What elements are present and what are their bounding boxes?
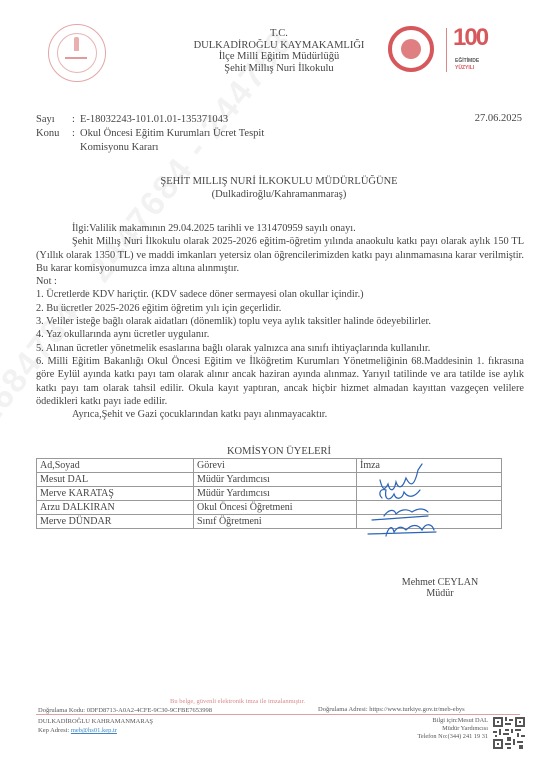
note-5: 5. Alınan ücretler yönetmelik esaslarına… xyxy=(36,342,524,355)
member-role: Müdür Yardımcısı xyxy=(194,473,357,487)
addressee: ŞEHİT MILLIŞ NURİ İLKOKULU MÜDÜRLÜĞÜNE (… xyxy=(0,176,558,201)
handwritten-signatures-icon xyxy=(366,458,516,548)
document-date: 27.06.2025 xyxy=(475,113,522,124)
footer-address: DULKADİROĞLU KAHRAMANMARAŞ xyxy=(38,717,212,726)
main-paragraph: Şehit Millış Nuri İlkokulu olarak 2025-2… xyxy=(36,235,524,275)
member-role: Sınıf Öğretmeni xyxy=(194,515,357,529)
member-name: Merve KARATAŞ xyxy=(37,487,194,501)
header-role: Görevi xyxy=(194,459,357,473)
header-name: Ad,Soyad xyxy=(37,459,194,473)
contact-info: Bilgi için:Mesut DAL Müdür Yardımcısı Te… xyxy=(402,717,488,741)
konu-value-cont: Komisyonu Kararı xyxy=(80,141,158,155)
closing-line: Ayrıca,Şehit ve Gazi çocuklarından katkı… xyxy=(36,408,524,421)
contact-title: Müdür Yardımcısı xyxy=(402,725,488,733)
member-name: Merve DÜNDAR xyxy=(37,515,194,529)
letterhead: T.C. DULKADİROĞLU KAYMAKAMLIĞI İlçe Mill… xyxy=(0,28,558,74)
signer-name: Mehmet CEYLAN xyxy=(380,577,500,588)
header-school: Şehit Millış Nuri İlkokulu xyxy=(0,63,558,75)
member-name: Arzu DALKIRAN xyxy=(37,501,194,515)
note-4: 4. Yaz okullarında aynı ücretler uygulan… xyxy=(36,328,524,341)
footer-left: Doğrulama Kodu: 0DFD8713-A0A2-4CFE-9C30-… xyxy=(38,706,212,735)
addressee-location: (Dulkadiroğlu/Kahramanmaraş) xyxy=(0,189,558,202)
contact-person: Bilgi için:Mesut DAL xyxy=(402,717,488,725)
qr-code-icon[interactable] xyxy=(493,717,525,749)
verification-code: Doğrulama Kodu: 0DFD8713-A0A2-4CFE-9C30-… xyxy=(38,706,212,715)
konu-value: Okul Öncesi Eğitim Kurumları Ücret Tespi… xyxy=(80,127,264,141)
document-body: İlgi:Valilik makamının 29.04.2025 tarihl… xyxy=(36,222,524,421)
addressee-title: ŞEHİT MILLIŞ NURİ İLKOKULU MÜDÜRLÜĞÜNE xyxy=(0,176,558,189)
note-6: 6. Milli Eğitim Bakanlığı Okul Öncesi Eğ… xyxy=(36,355,524,408)
not-label: Not : xyxy=(36,275,524,288)
konu-label: Konu xyxy=(36,127,72,141)
ilgi-line: İlgi:Valilik makamının 29.04.2025 tarihl… xyxy=(36,222,524,235)
document-page: -1684784 - 2447684 - 244768 100 EĞİTİMDE… xyxy=(0,0,558,768)
header-governorship: DULKADİROĞLU KAYMAKAMLIĞI xyxy=(0,40,558,52)
member-name: Mesut DAL xyxy=(37,473,194,487)
sayi-value: E-18032243-101.01.01-135371043 xyxy=(80,113,228,127)
verification-address[interactable]: Doğrulama Adresi: https://www.turkiye.go… xyxy=(318,706,465,713)
kep-label: Kep Adresi: xyxy=(38,727,69,734)
header-directorate: İlçe Milli Eğitim Müdürlüğü xyxy=(0,51,558,63)
signer-block: Mehmet CEYLAN Müdür xyxy=(380,577,500,599)
signer-title: Müdür xyxy=(380,588,500,599)
sayi-label: Sayı xyxy=(36,113,72,127)
kep-address: Kep Adresi: meb@hs01.kep.tr xyxy=(38,726,212,735)
e-signature-notice: Bu belge, güvenli elektronik imza ile im… xyxy=(170,698,305,705)
document-meta: Sayı : E-18032243-101.01.01-135371043 Ko… xyxy=(36,113,264,155)
header-tc: T.C. xyxy=(0,28,558,40)
note-3: 3. Veliler isteğe bağlı olarak aidatları… xyxy=(36,315,524,328)
note-2: 2. Bu ücretler 2025-2026 eğitim öğretim … xyxy=(36,302,524,315)
contact-phone: Telefon No:(344) 241 19 31 xyxy=(402,733,488,741)
note-1: 1. Ücretlerde KDV hariçtir. (KDV sadece … xyxy=(36,288,524,301)
member-role: Müdür Yardımcısı xyxy=(194,487,357,501)
member-role: Okul Öncesi Öğretmeni xyxy=(194,501,357,515)
committee-title: KOMİSYON ÜYELERİ xyxy=(0,446,558,457)
kep-link[interactable]: meb@hs01.kep.tr xyxy=(71,727,117,734)
